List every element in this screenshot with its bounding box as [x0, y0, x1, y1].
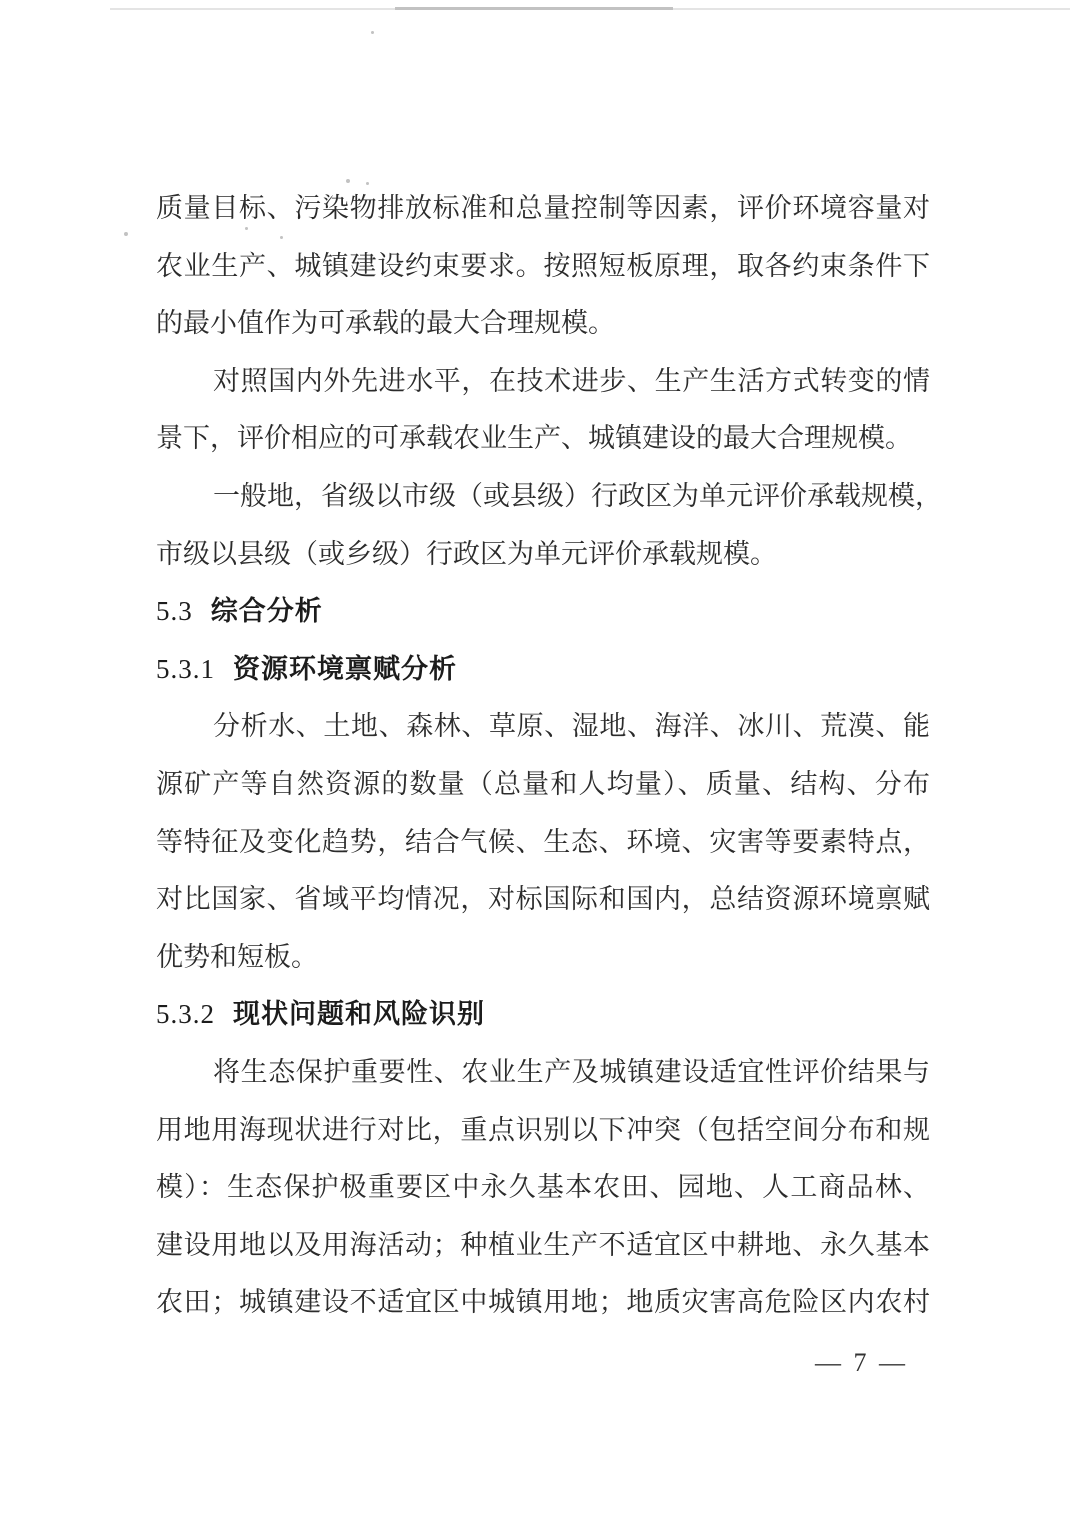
- text-line: 质量目标、污染物排放标准和总量控制等因素，评价环境容量对: [156, 180, 930, 238]
- text-line: 优势和短板。: [156, 929, 930, 987]
- text-line: 源矿产等自然资源的数量（总量和人均量）、质量、结构、分布: [156, 756, 930, 814]
- scan-speck: [371, 31, 374, 34]
- heading-number: 5.3: [156, 596, 193, 626]
- section-heading-5-3-2: 5.3.2现状问题和风险识别: [156, 986, 930, 1044]
- text-line: 对比国家、省域平均情况，对标国际和国内，总结资源环境禀赋: [156, 871, 930, 929]
- text-line: 模）：生态保护极重要区中永久基本农田、园地、人工商品林、: [156, 1159, 930, 1217]
- text-line: 将生态保护重要性、农业生产及城镇建设适宜性评价结果与: [156, 1044, 930, 1102]
- document-page: 质量目标、污染物排放标准和总量控制等因素，评价环境容量对 农业生产、城镇建设约束…: [0, 0, 1080, 1528]
- text-line: 景下，评价相应的可承载农业生产、城镇建设的最大合理规模。: [156, 410, 930, 468]
- text-line: 对照国内外先进水平，在技术进步、生产生活方式转变的情: [156, 353, 930, 411]
- heading-title: 现状问题和风险识别: [233, 999, 485, 1029]
- text-line: 用地用海现状进行对比，重点识别以下冲突（包括空间分布和规: [156, 1102, 930, 1160]
- text-line: 农业生产、城镇建设约束要求。按照短板原理，取各约束条件下: [156, 238, 930, 296]
- section-heading-5-3-1: 5.3.1资源环境禀赋分析: [156, 641, 930, 699]
- text-line: 市级以县级（或乡级）行政区为单元评价承载规模。: [156, 526, 930, 584]
- heading-number: 5.3.2: [156, 999, 215, 1029]
- text-line: 农田；城镇建设不适宜区中城镇用地；地质灾害高危险区内农村: [156, 1274, 930, 1332]
- heading-number: 5.3.1: [156, 654, 215, 684]
- page-number: — 7 —: [815, 1348, 908, 1378]
- text-line: 建设用地以及用海活动；种植业生产不适宜区中耕地、永久基本: [156, 1217, 930, 1275]
- text-line: 一般地，省级以市级（或县级）行政区为单元评价承载规模，: [156, 468, 930, 526]
- document-body: 质量目标、污染物排放标准和总量控制等因素，评价环境容量对 农业生产、城镇建设约束…: [156, 180, 930, 1332]
- section-heading-5-3: 5.3综合分析: [156, 583, 930, 641]
- text-line: 的最小值作为可承载的最大合理规模。: [156, 295, 930, 353]
- text-line: 等特征及变化趋势，结合气候、生态、环境、灾害等要素特点，: [156, 814, 930, 872]
- heading-title: 综合分析: [211, 596, 323, 626]
- heading-title: 资源环境禀赋分析: [233, 654, 457, 684]
- text-line: 分析水、土地、森林、草原、湿地、海洋、冰川、荒漠、能: [156, 698, 930, 756]
- scan-speck: [124, 232, 128, 236]
- scan-artifact-line-dark: [395, 7, 673, 10]
